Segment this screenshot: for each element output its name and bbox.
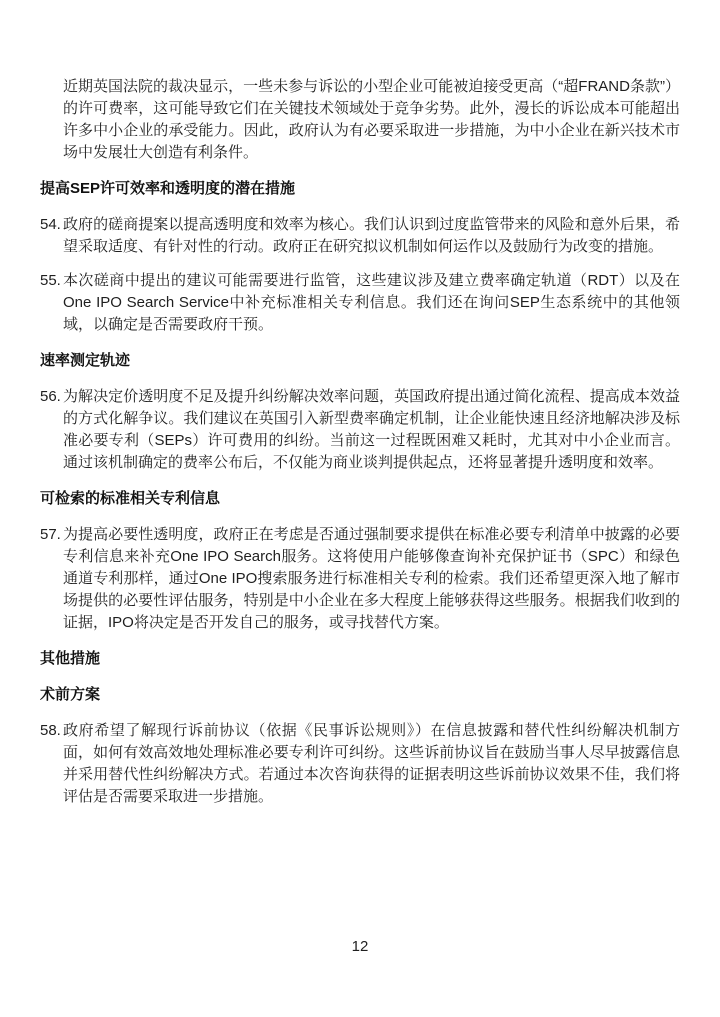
page-number: 12 bbox=[0, 938, 720, 955]
paragraph-text: 为提高必要性透明度，政府正在考虑是否通过强制要求提供在标准必要专利清单中披露的必… bbox=[63, 524, 680, 634]
section-heading-sep-efficiency: 提高SEP许可效率和透明度的潜在措施 bbox=[40, 178, 680, 200]
numbered-paragraph-54: 54. 政府的磋商提案以提高透明度和效率为核心。我们认识到过度监管带来的风险和意… bbox=[40, 214, 680, 258]
numbered-paragraph-56: 56. 为解决定价透明度不足及提升纠纷解决效率问题，英国政府提出通过简化流程、提… bbox=[40, 386, 680, 474]
paragraph-number: 54. bbox=[40, 214, 63, 236]
section-heading-other-measures: 其他措施 bbox=[40, 648, 680, 670]
paragraph-continuation: 近期英国法院的裁决显示，一些未参与诉讼的小型企业可能被迫接受更高（“超FRAND… bbox=[40, 76, 680, 164]
paragraph-number: 57. bbox=[40, 524, 63, 546]
paragraph-text: 政府的磋商提案以提高透明度和效率为核心。我们认识到过度监管带来的风险和意外后果，… bbox=[63, 214, 680, 258]
numbered-paragraph-57: 57. 为提高必要性透明度，政府正在考虑是否通过强制要求提供在标准必要专利清单中… bbox=[40, 524, 680, 634]
paragraph-text: 本次磋商中提出的建议可能需要进行监管，这些建议涉及建立费率确定轨道（RDT）以及… bbox=[63, 270, 680, 336]
document-content: 近期英国法院的裁决显示，一些未参与诉讼的小型企业可能被迫接受更高（“超FRAND… bbox=[40, 76, 680, 820]
document-page: 近期英国法院的裁决显示，一些未参与诉讼的小型企业可能被迫接受更高（“超FRAND… bbox=[0, 0, 720, 1017]
paragraph-text: 为解决定价透明度不足及提升纠纷解决效率问题，英国政府提出通过简化流程、提高成本效… bbox=[63, 386, 680, 474]
paragraph-text: 政府希望了解现行诉前协议（依据《民事诉讼规则》）在信息披露和替代性纠纷解决机制方… bbox=[63, 720, 680, 808]
section-heading-rate-determination-track: 速率测定轨迹 bbox=[40, 350, 680, 372]
paragraph-number: 55. bbox=[40, 270, 63, 292]
section-heading-pre-action-protocol: 术前方案 bbox=[40, 684, 680, 706]
numbered-paragraph-58: 58. 政府希望了解现行诉前协议（依据《民事诉讼规则》）在信息披露和替代性纠纷解… bbox=[40, 720, 680, 808]
numbered-paragraph-55: 55. 本次磋商中提出的建议可能需要进行监管，这些建议涉及建立费率确定轨道（RD… bbox=[40, 270, 680, 336]
paragraph-number: 58. bbox=[40, 720, 63, 742]
section-heading-searchable-patent-info: 可检索的标准相关专利信息 bbox=[40, 488, 680, 510]
paragraph-number: 56. bbox=[40, 386, 63, 408]
